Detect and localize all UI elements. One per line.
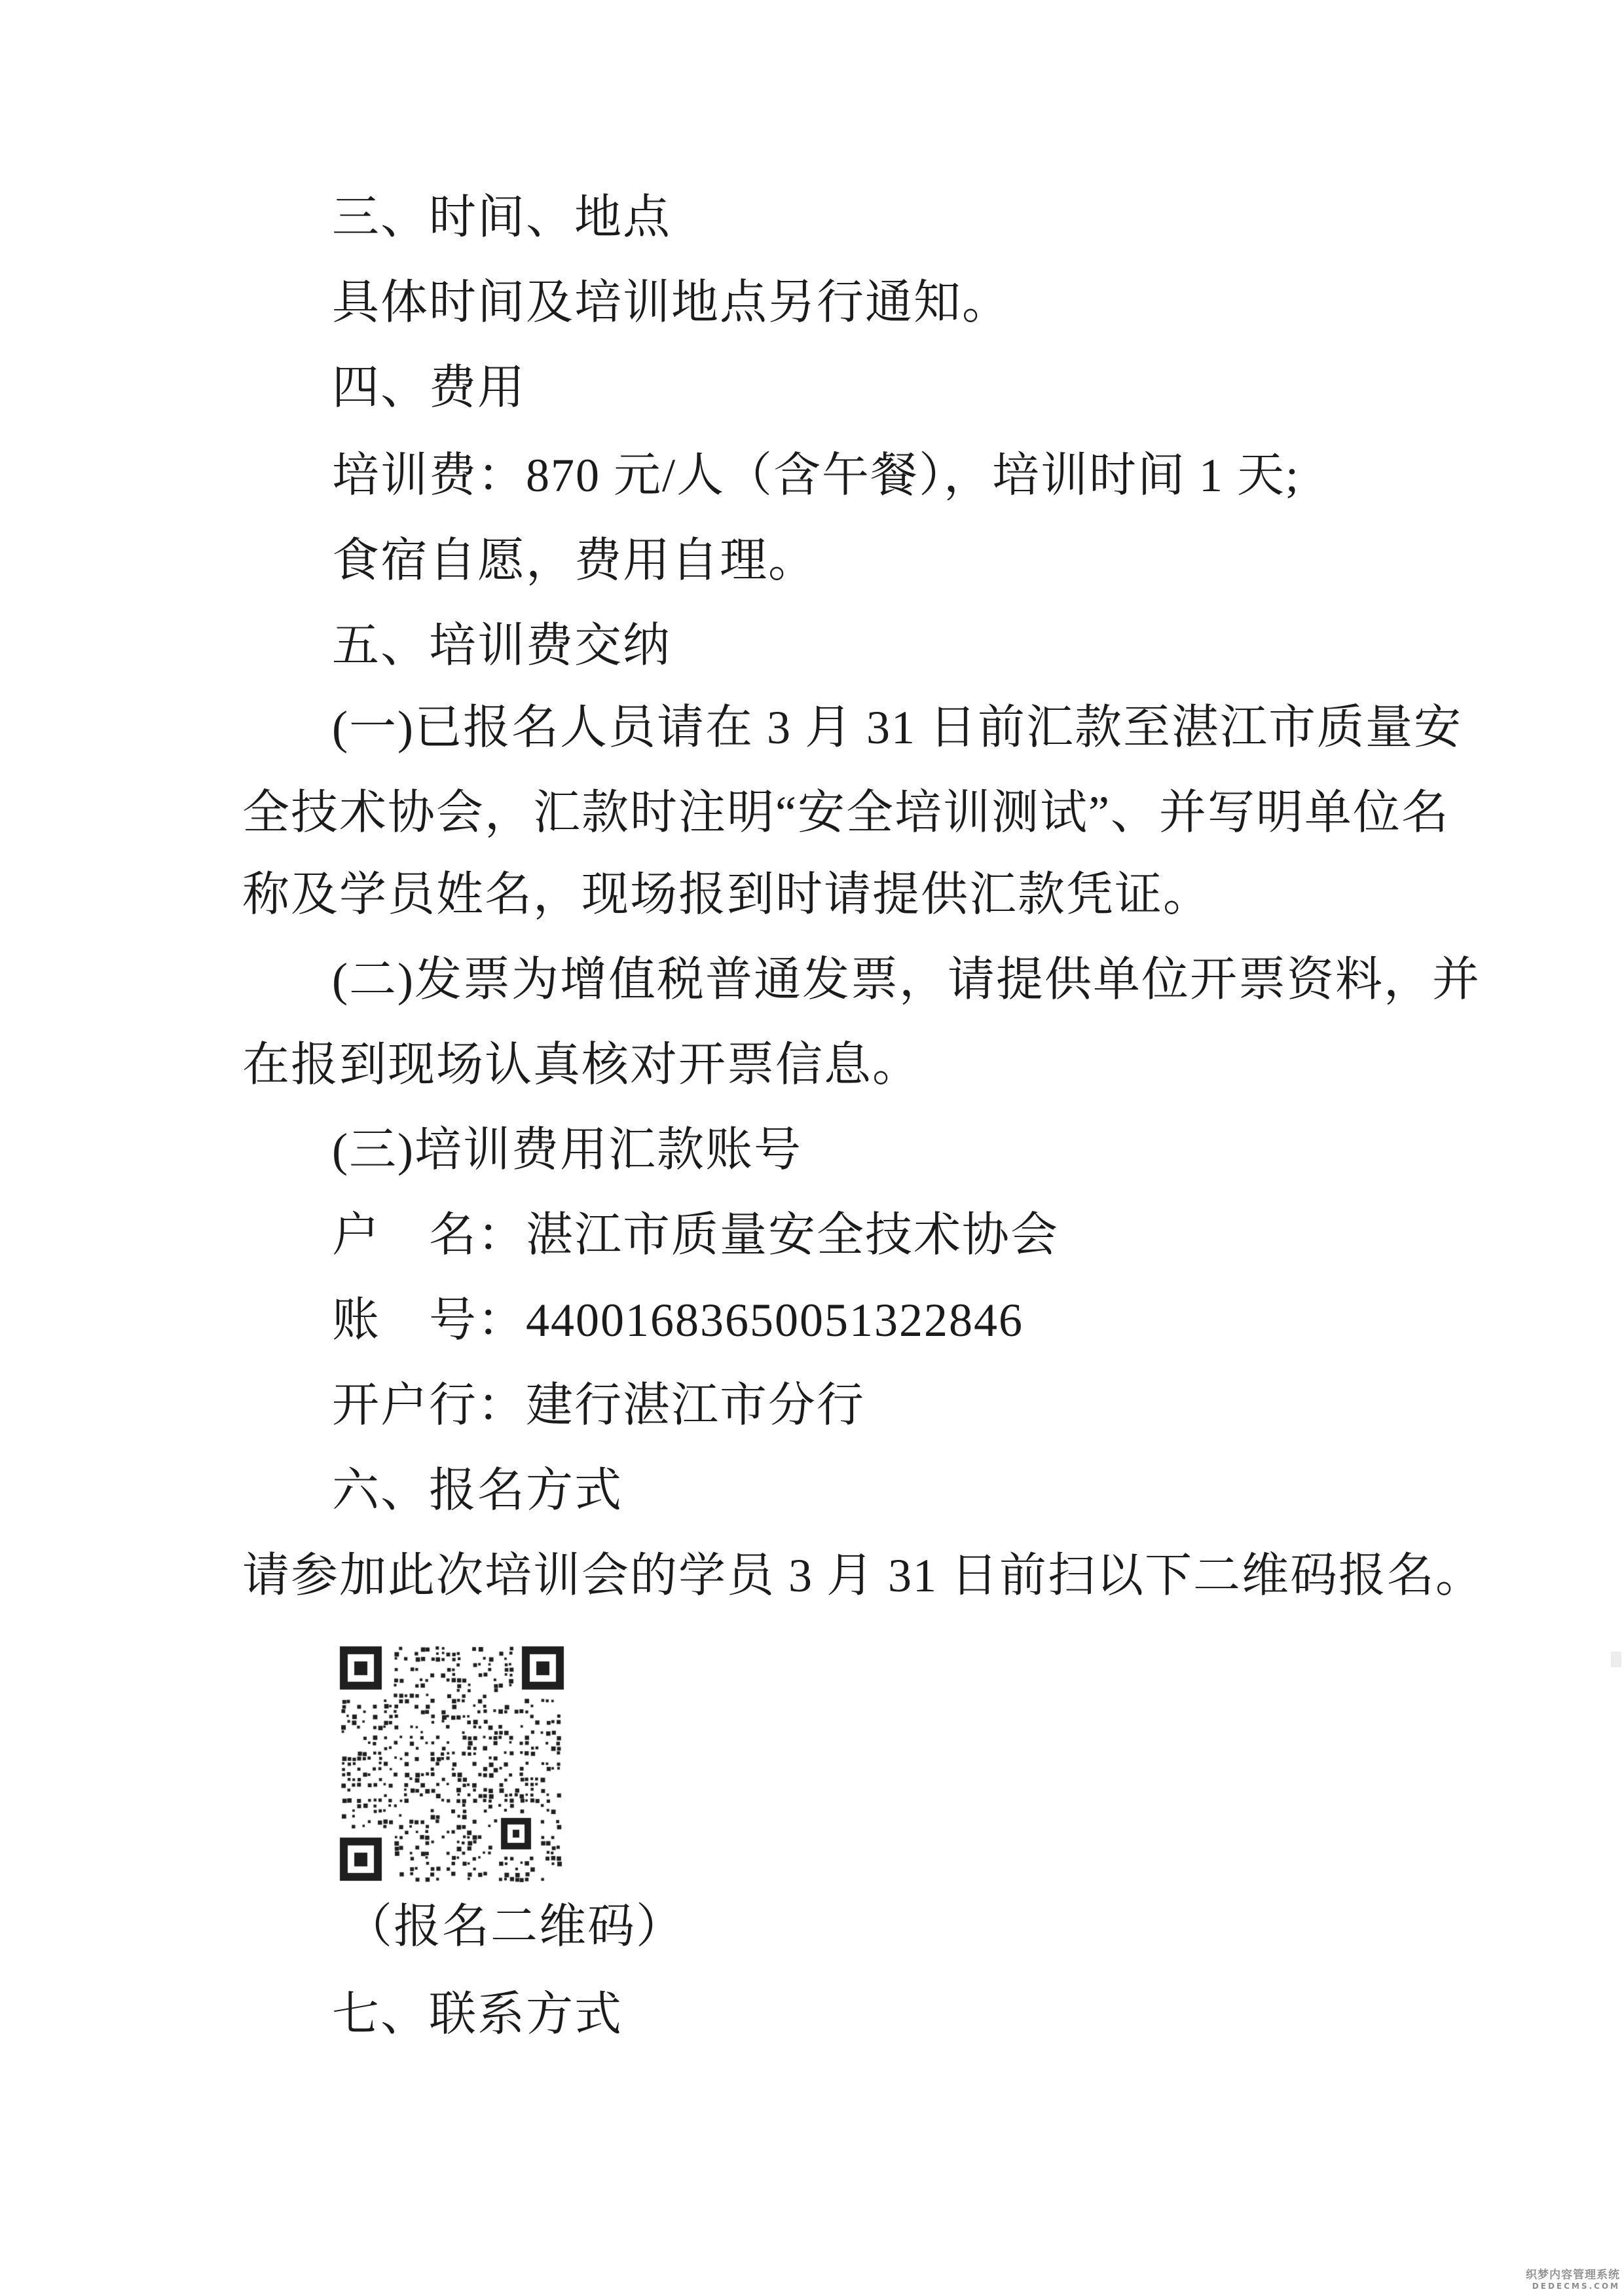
bank-branch: 开户行：建行湛江市分行 [332,1379,865,1432]
scan-artifact [1611,1652,1621,1667]
heading-remit-account: (三)培训费用汇款账号 [332,1124,802,1176]
document-page: 三、时间、地点 具体时间及培训地点另行通知。 四、费用 培训费：870 元/人（… [0,0,1624,2296]
qr-caption: （报名二维码） [345,1900,684,1953]
paragraph-time-place: 具体时间及培训地点另行通知。 [332,276,1010,329]
paragraph-payment-1c: 称及学员姓名，现场报到时请提供汇款凭证。 [242,868,1211,921]
heading-section-6: 六、报名方式 [332,1464,623,1517]
registration-qr-code [337,1642,566,1886]
heading-section-3: 三、时间、地点 [332,191,671,244]
paragraph-lodging: 食宿自愿，费用自理。 [332,534,817,587]
account-number: 账 号：44001683650051322846 [332,1294,1024,1346]
paragraph-payment-1a: (一)已报名人员请在 3 月 31 日前汇款至湛江市质量安 [332,701,1462,754]
paragraph-scan-qr: 请参加此次培训会的学员 3 月 31 日前扫以下二维码报名。 [242,1549,1484,1602]
paragraph-payment-1b: 全技术协会，汇款时注明“安全培训测试”、并写明单位名 [242,787,1450,839]
watermark: 织梦内容管理系统 DEDECMS.COM [1526,2269,1620,2291]
heading-section-7: 七、联系方式 [332,1988,623,2041]
paragraph-invoice-2a: (二)发票为增值税普通发票，请提供单位开票资料，并 [332,954,1481,1006]
watermark-cms-domain: DEDECMS.COM [1526,2282,1620,2291]
heading-section-4: 四、费用 [332,361,526,414]
watermark-cms-name: 织梦内容管理系统 [1526,2269,1620,2281]
paragraph-fee: 培训费：870 元/人（含午餐），培训时间 1 天; [332,449,1300,502]
paragraph-invoice-2b: 在报到现场认真核对开票信息。 [242,1039,921,1091]
heading-section-5: 五、培训费交纳 [332,620,671,672]
account-holder-name: 户 名：湛江市质量安全技术协会 [332,1209,1059,1261]
